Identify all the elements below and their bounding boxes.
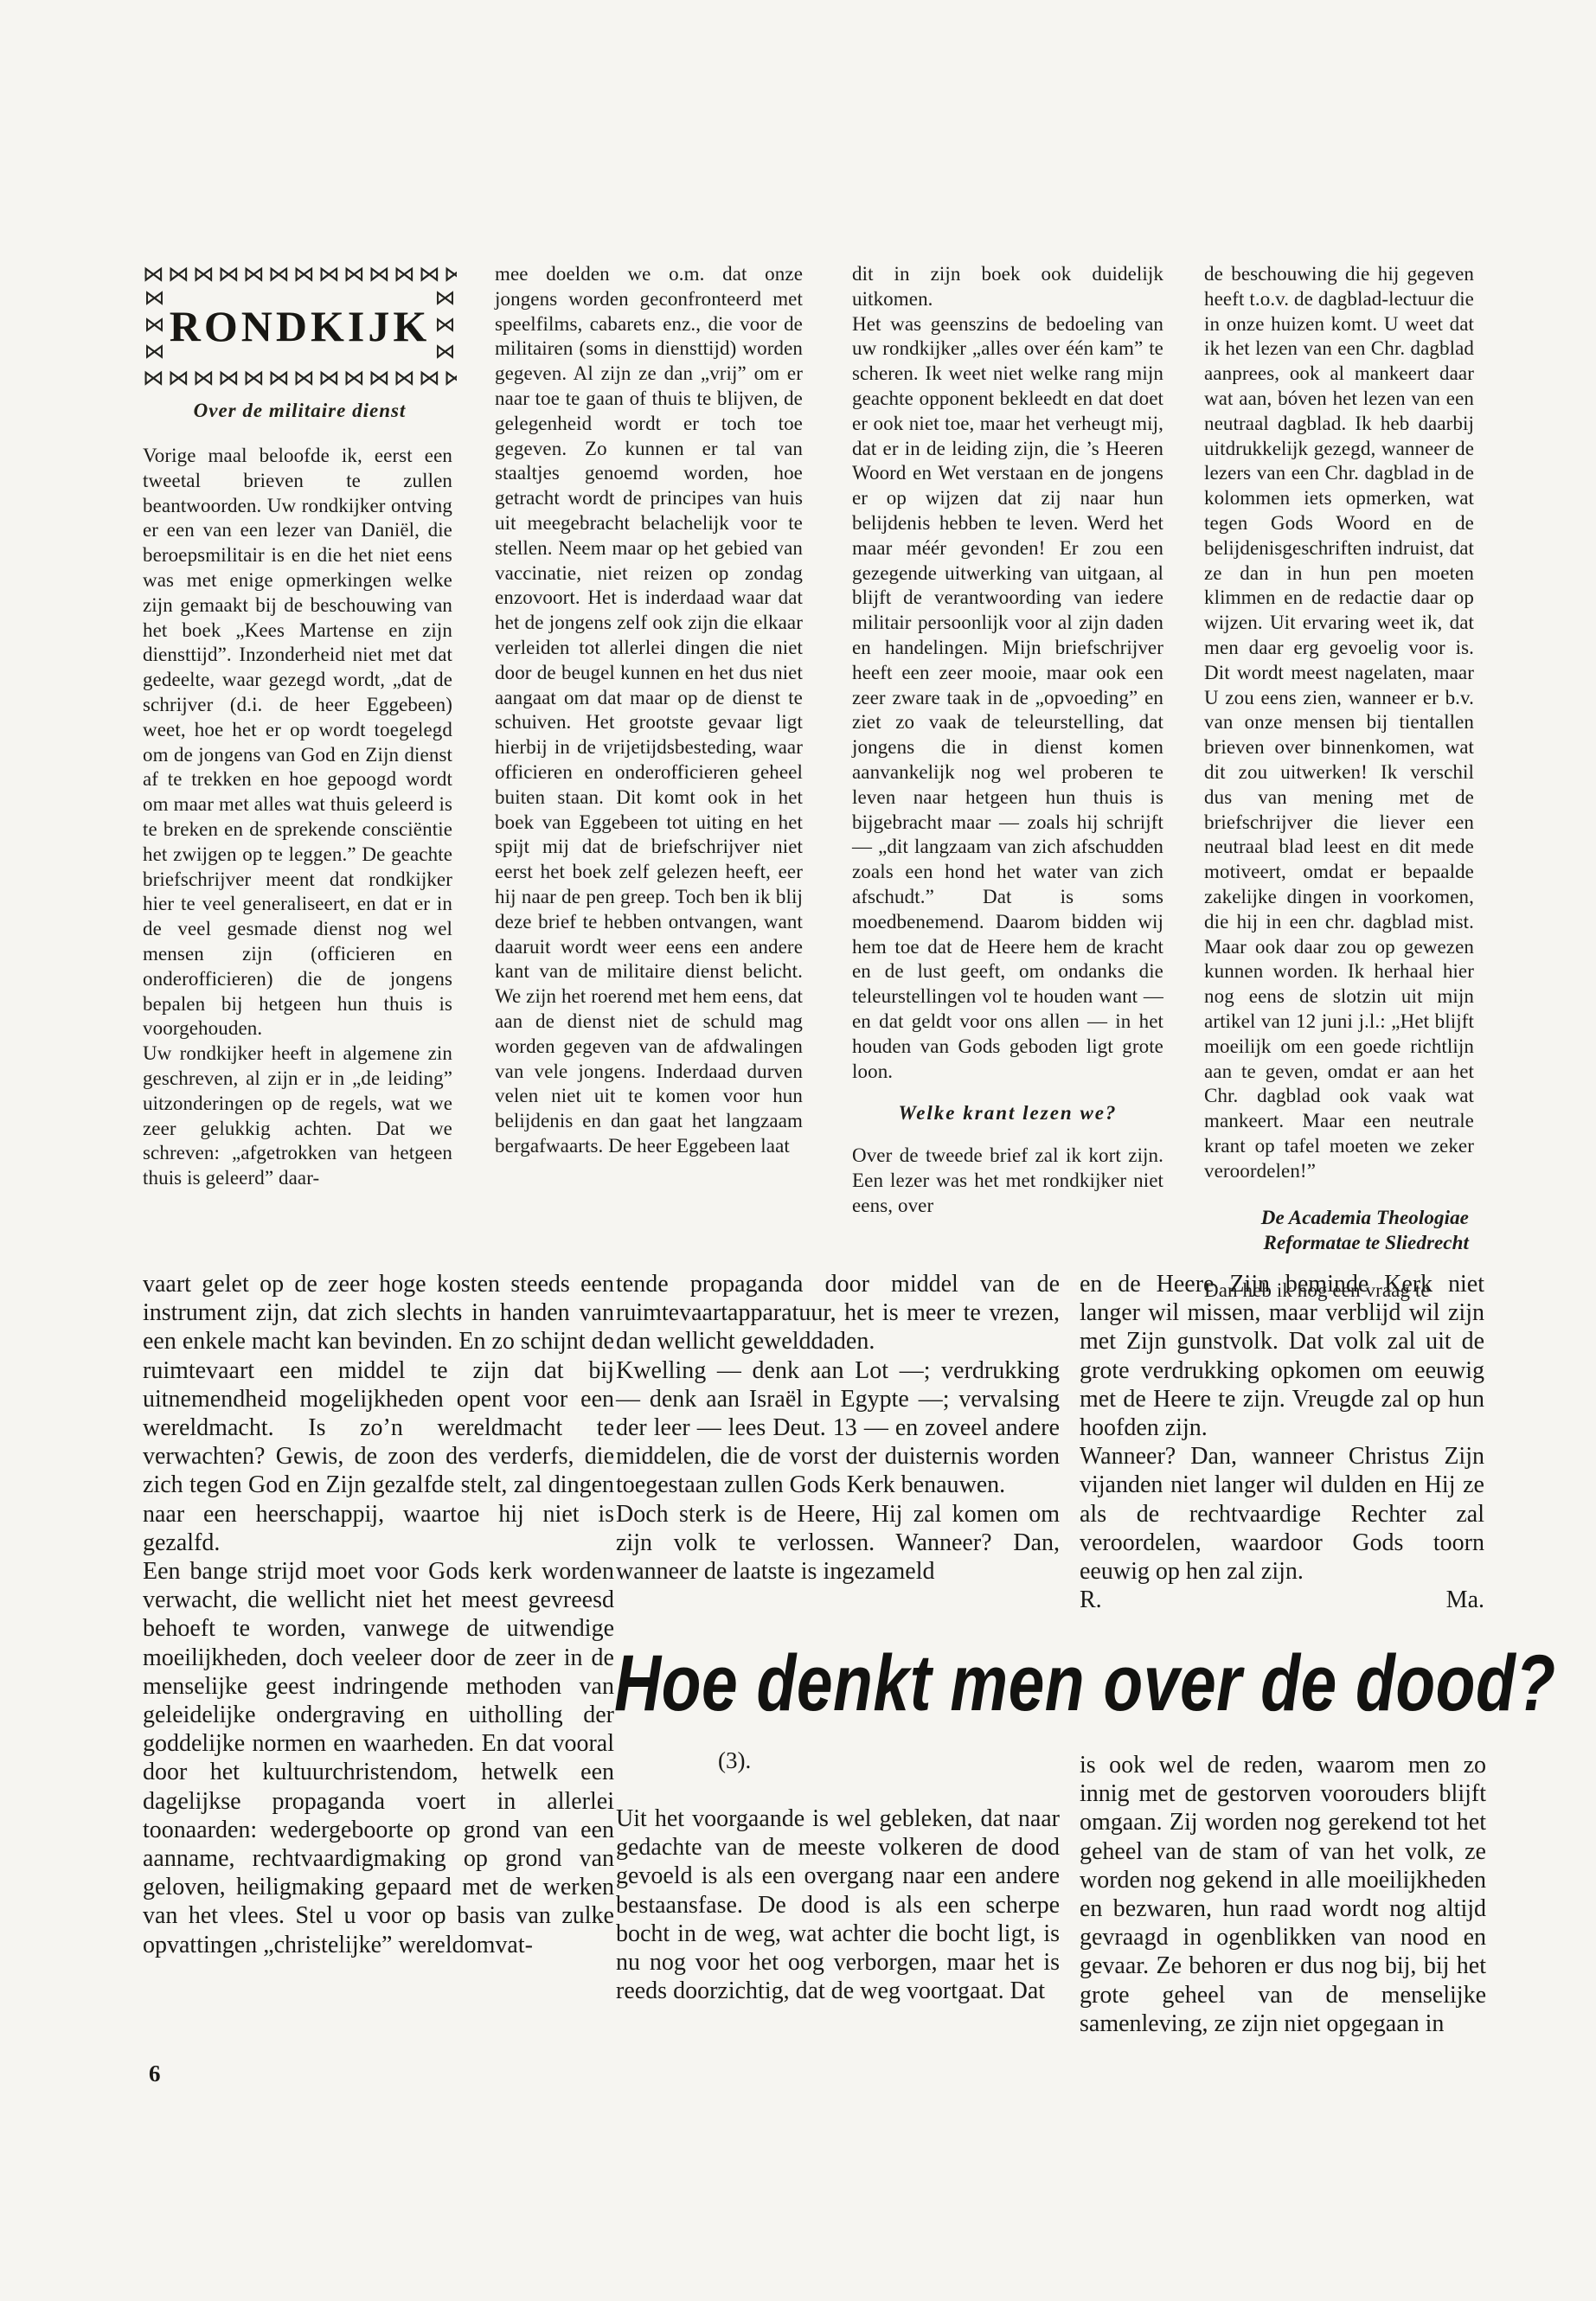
body-paragraph: Doch sterk is de Heere, Hij zal komen om…: [616, 1500, 1060, 1586]
body-paragraph: Vorige maal beloofde ik, eerst een tweet…: [143, 444, 452, 1042]
author-initials-row: R. Ma.: [1080, 1586, 1484, 1614]
article-column-c: is ook wel de reden, waarom men zo innig…: [1080, 1751, 1486, 2038]
middle-column-c: en de Heere Zijn beminde Kerk niet lange…: [1080, 1270, 1484, 1614]
body-paragraph: en de Heere Zijn beminde Kerk niet lange…: [1080, 1270, 1484, 1442]
signature-line: De Academia Theologiae Reformatae te Sli…: [1204, 1206, 1474, 1256]
body-paragraph: vaart gelet op de zeer hoge kosten steed…: [143, 1270, 614, 1557]
article-part-number: (3).: [616, 1747, 1060, 1774]
body-paragraph: Uit het voorgaande is wel gebleken, dat …: [616, 1804, 1060, 2005]
top-column-2: mee doelden we o.m. dat onze jongens wor…: [495, 262, 803, 1159]
section-heading-welke-krant: Welke krant lezen we?: [852, 1101, 1163, 1126]
rondkijk-subtitle: Over de militaire dienst: [143, 400, 457, 422]
rondkijk-title: RONDKIJK: [166, 286, 433, 366]
body-paragraph: Wanneer? Dan, wanneer Christus Zijn vija…: [1080, 1442, 1484, 1586]
top-column-1: Vorige maal beloofde ik, eerst een tweet…: [143, 444, 452, 1191]
author-initial-left: R.: [1080, 1586, 1102, 1614]
author-initial-right: Ma.: [1446, 1586, 1484, 1614]
middle-column-b: tende propaganda door middel van de ruim…: [616, 1270, 1060, 1586]
body-paragraph: tende propaganda door middel van de ruim…: [616, 1270, 1060, 1356]
article-headline: Hoe denkt men over de dood?: [614, 1638, 1540, 1728]
body-paragraph: is ook wel de reden, waarom men zo innig…: [1080, 1751, 1486, 2038]
article-column-b: Uit het voorgaande is wel gebleken, dat …: [616, 1804, 1060, 2005]
ornament-border-right-icon: ⋈⋈⋈: [433, 285, 457, 368]
newspaper-page: { "page": { "number": "6", "paper_color"…: [0, 0, 1596, 2301]
ornament-border-bottom-icon: ⋈⋈⋈⋈⋈⋈⋈⋈⋈⋈⋈⋈⋈⋈: [143, 366, 457, 390]
page-number: 6: [149, 2061, 161, 2087]
body-paragraph: Over de tweede brief zal ik kort zijn. E…: [852, 1144, 1163, 1218]
body-paragraph: Uw rondkijker heeft in algemene zin gesc…: [143, 1042, 452, 1191]
body-paragraph: dit in zijn boek ook duidelijk uitkomen.: [852, 262, 1163, 312]
body-paragraph: Een bange strijd moet voor Gods kerk wor…: [143, 1557, 614, 1959]
body-paragraph: mee doelden we o.m. dat onze jongens wor…: [495, 262, 803, 1159]
rondkijk-box: ⋈⋈⋈⋈⋈⋈⋈⋈⋈⋈⋈⋈⋈⋈ ⋈⋈⋈⋈⋈⋈⋈⋈⋈⋈⋈⋈⋈⋈ ⋈⋈⋈ ⋈⋈⋈ RO…: [143, 262, 457, 390]
top-column-4: de beschouwing die hij gegeven heeft t.o…: [1204, 262, 1474, 1304]
ornament-border-top-icon: ⋈⋈⋈⋈⋈⋈⋈⋈⋈⋈⋈⋈⋈⋈: [143, 262, 457, 286]
body-paragraph: Kwelling — denk aan Lot —; verdrukking —…: [616, 1356, 1060, 1500]
body-paragraph: de beschouwing die hij gegeven heeft t.o…: [1204, 262, 1474, 1183]
middle-column-a: vaart gelet op de zeer hoge kosten steed…: [143, 1270, 614, 1959]
top-column-3: dit in zijn boek ook duidelijk uitkomen.…: [852, 262, 1163, 1218]
ornament-border-left-icon: ⋈⋈⋈: [143, 285, 166, 368]
body-paragraph: Het was geenszins de bedoeling van uw ro…: [852, 312, 1163, 1085]
